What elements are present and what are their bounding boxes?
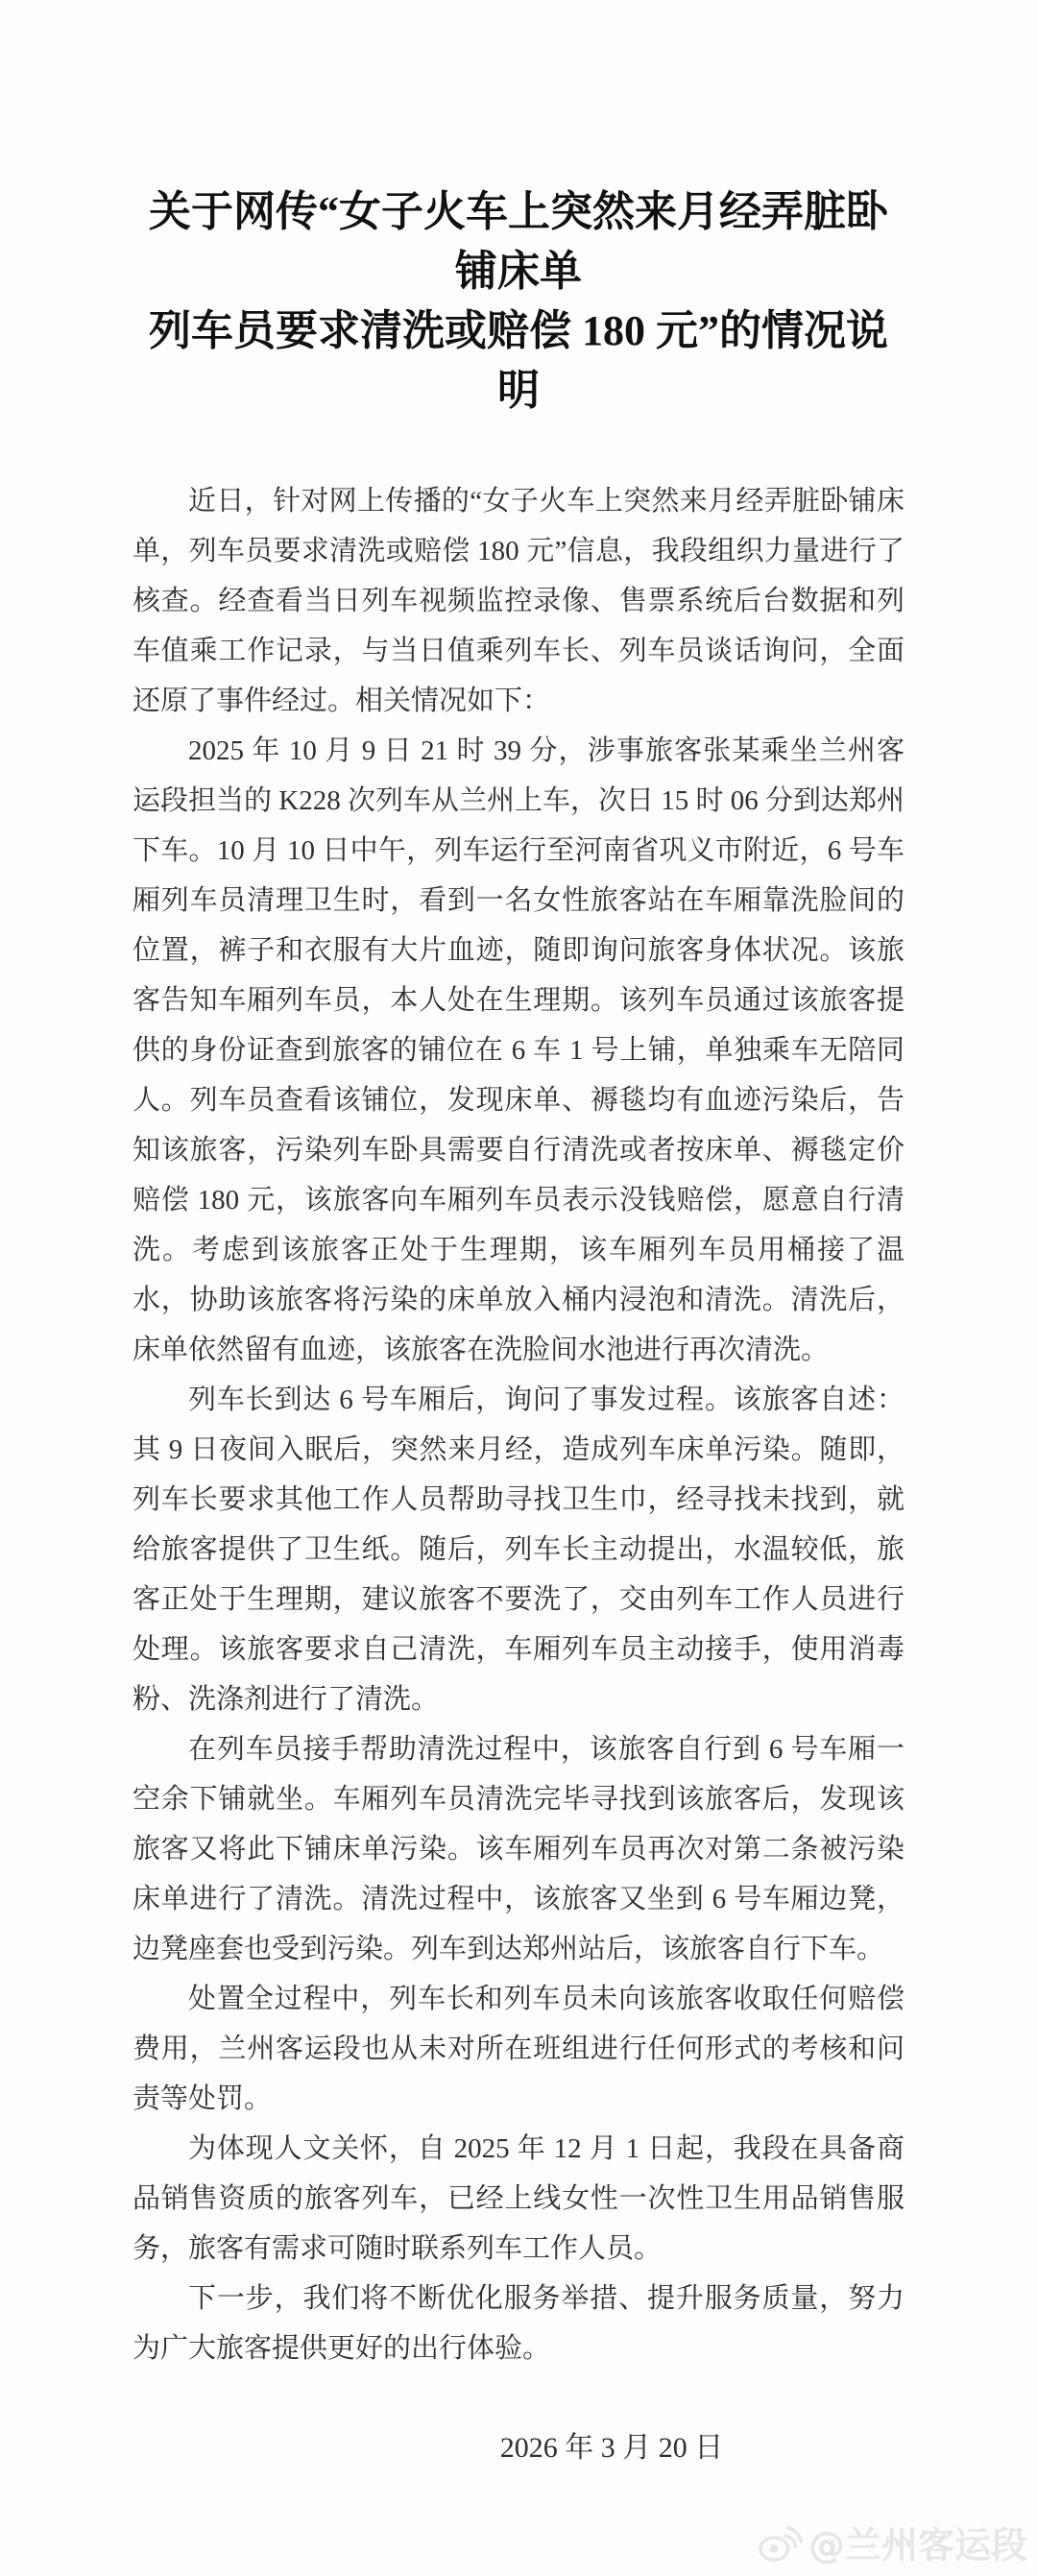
paragraph-closing: 下一步，我们将不断优化服务举措、提升服务质量，努力为广大旅客提供更好的出行体验。: [133, 2274, 904, 2373]
paragraph-second-stain: 在列车员接手帮助清洗过程中，该旅客自行到 6 号车厢一空余下铺就坐。车厢列车员清…: [133, 1724, 904, 1974]
paragraph-no-charge: 处置全过程中，列车长和列车员未向该旅客收取任何赔偿费用，兰州客运段也从未对所在班…: [133, 1974, 904, 2124]
paragraph-conductor: 列车长到达 6 号车厢后，询问了事发过程。该旅客自述：其 9 日夜间入眠后，突然…: [133, 1375, 904, 1724]
title-line-1: 关于网传“女子火车上突然来月经弄脏卧铺床单: [133, 182, 904, 301]
document-body: 近日，针对网上传播的“女子火车上突然来月经弄脏卧铺床单，列车员要求清洗或赔偿 1…: [133, 476, 904, 2373]
document-page: 关于网传“女子火车上突然来月经弄脏卧铺床单 列车员要求清洗或赔偿 180 元”的…: [0, 0, 1037, 2576]
paragraph-intro: 近日，针对网上传播的“女子火车上突然来月经弄脏卧铺床单，列车员要求清洗或赔偿 1…: [133, 476, 904, 726]
document-title: 关于网传“女子火车上突然来月经弄脏卧铺床单 列车员要求清洗或赔偿 180 元”的…: [133, 0, 904, 421]
title-line-2: 列车员要求清洗或赔偿 180 元”的情况说明: [133, 301, 904, 421]
watermark: @兰州客运段: [757, 2516, 1027, 2568]
paragraph-incident: 2025 年 10 月 9 日 21 时 39 分，涉事旅客张某乘坐兰州客运段担…: [133, 726, 904, 1375]
document-date: 2026 年 3 月 20 日: [226, 2423, 998, 2466]
paragraph-new-service: 为体现人文关怀，自 2025 年 12 月 1 日起，我段在具备商品销售资质的旅…: [133, 2124, 904, 2274]
weibo-icon: [757, 2521, 803, 2564]
watermark-text: @兰州客运段: [808, 2516, 1027, 2568]
